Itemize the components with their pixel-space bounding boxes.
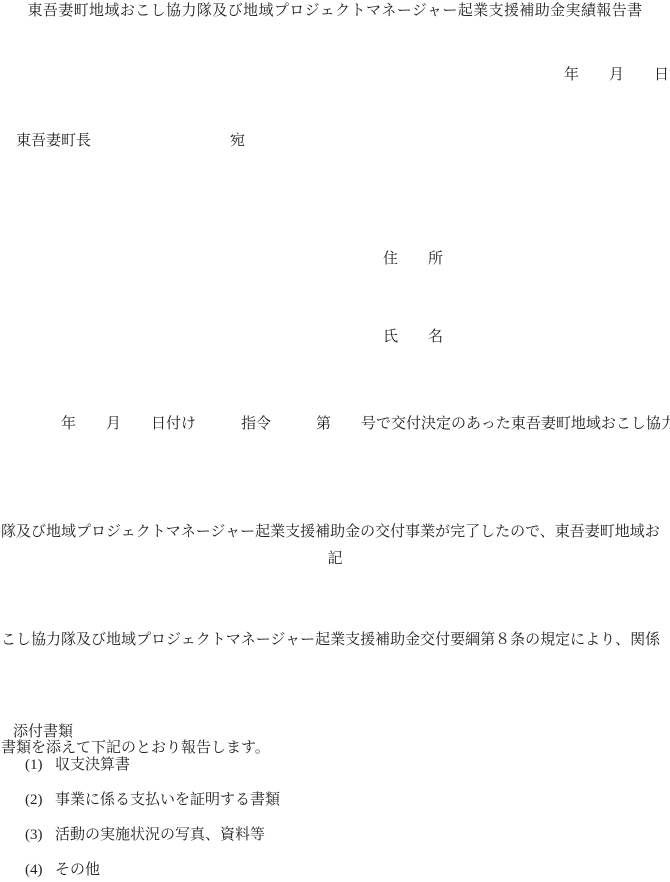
recipient-name: 東吾妻町長 — [16, 133, 91, 149]
body-line: 隊及び地域プロジェクトマネージャー起業支援補助金の交付事業が完了したので、東吾妻… — [1, 514, 670, 550]
body-line: 年 月 日付け 指令 第 号で交付決定のあった東吾妻町地域おこし協力 — [1, 406, 670, 442]
attachment-item-number: (4) — [25, 853, 47, 882]
attachment-item: (2)事業に係る支払いを証明する書類 — [0, 783, 670, 818]
attachment-item-label: 事業に係る支払いを証明する書類 — [55, 792, 280, 808]
attachment-item-label: 収支決算書 — [55, 757, 130, 773]
attachment-item-label: その他 — [55, 862, 100, 878]
date-line: 年 月 日 — [0, 64, 669, 86]
attachment-item: (4)その他 — [0, 853, 670, 882]
report-document: 東吾妻町地域おこし協力隊及び地域プロジェクトマネージャー起業支援補助金実績報告書… — [0, 0, 670, 882]
sender-address-label: 住 所 — [383, 248, 443, 270]
attachment-item-number: (3) — [25, 818, 47, 853]
record-marker: 記 — [0, 548, 670, 570]
document-title: 東吾妻町地域おこし協力隊及び地域プロジェクトマネージャー起業支援補助金実績報告書 — [0, 0, 670, 22]
attachment-item-number: (1) — [25, 748, 47, 783]
attachments-heading: 添付書類 — [13, 721, 73, 743]
attachment-item-label: 活動の実施状況の写真、資料等 — [55, 827, 265, 843]
attachment-item-number: (2) — [25, 783, 47, 818]
recipient-line: 東吾妻町長宛 — [16, 130, 245, 152]
attachment-item: (3)活動の実施状況の写真、資料等 — [0, 818, 670, 853]
attachments-list: (1)収支決算書 (2)事業に係る支払いを証明する書類 (3)活動の実施状況の写… — [0, 748, 670, 882]
body-line: こし協力隊及び地域プロジェクトマネージャー起業支援補助金交付要綱第８条の規定によ… — [1, 622, 670, 658]
recipient-suffix: 宛 — [230, 133, 245, 149]
attachment-item: (1)収支決算書 — [0, 748, 670, 783]
